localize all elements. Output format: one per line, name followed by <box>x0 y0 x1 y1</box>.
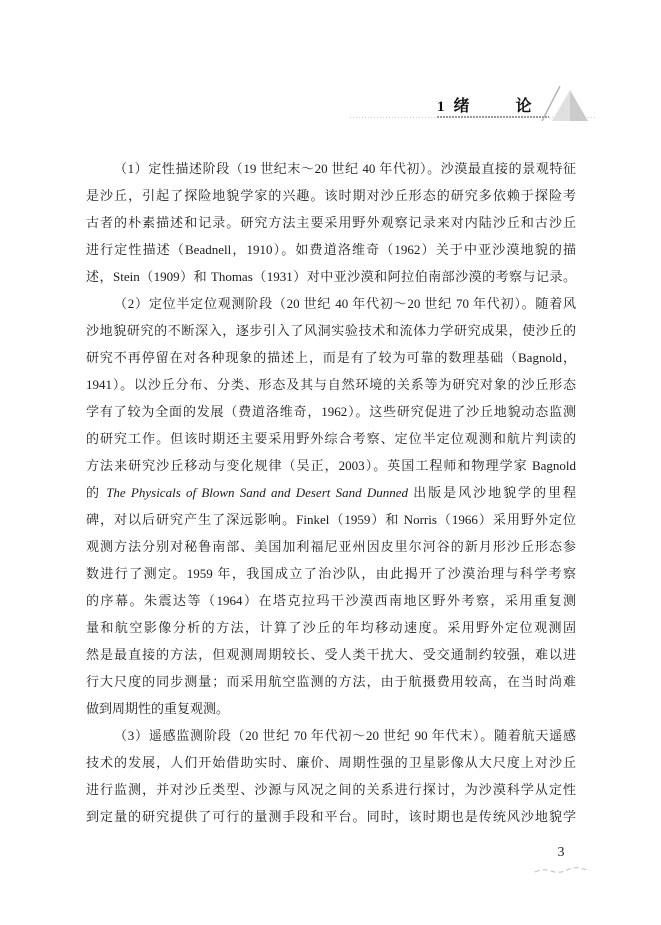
text-line: 技术的发展，人们开始借助实时、廉价、周期性强的卫星影像从大尺度上对沙丘 <box>86 749 576 776</box>
chapter-number: 1 <box>437 99 445 116</box>
paragraph: （2）定位半定位观测阶段（20 世纪 40 年代初～20 世纪 70 年代初）。… <box>86 290 576 722</box>
text-line: 的 The Physicals of Blown Sand and Desert… <box>86 479 576 506</box>
text-line: （1）定性描述阶段（19 世纪末～20 世纪 40 年代初）。沙漠最直接的景观特… <box>86 155 576 182</box>
text-line: 进行定性描述（Beadnell，1910）。如费道洛维奇（1962）关于中亚沙漠… <box>86 236 576 263</box>
triangle-logo-icon <box>541 84 591 122</box>
text-segment: 出版是风沙地貌学的里程 <box>408 485 576 500</box>
text-line: 做到周期性的重复观测。 <box>86 695 576 722</box>
text-line: 观测方法分别对秘鲁南部、美国加利福尼亚州因皮里尔河谷的新月形沙丘形态参 <box>86 533 576 560</box>
logo-triangle-left <box>552 90 570 121</box>
text-line: 数进行了测定。1959 年，我国成立了治沙队，由此揭开了沙漠治理与科学考察 <box>86 560 576 587</box>
text-line: 是沙丘，引起了探险地貌学家的兴趣。该时期对沙丘形态的研究多依赖于探险考 <box>86 182 576 209</box>
book-page: 1 绪 论 （1）定性描述阶段（19 世纪末～20 世纪 40 年代初）。沙漠最… <box>0 0 661 925</box>
body-text: （1）定性描述阶段（19 世纪末～20 世纪 40 年代初）。沙漠最直接的景观特… <box>86 155 576 830</box>
text-line: 的序幕。朱震达等（1964）在塔克拉玛干沙漠西南地区野外考察，采用重复测 <box>86 587 576 614</box>
text-line: （3）遥感监测阶段（20 世纪 70 年代初～20 世纪 90 年代末）。随着航… <box>86 722 576 749</box>
paragraph: （3）遥感监测阶段（20 世纪 70 年代初～20 世纪 90 年代末）。随着航… <box>86 722 576 830</box>
text-line: 1941）。以沙丘分布、分类、形态及其与自然环境的关系等为研究对象的沙丘形态 <box>86 371 576 398</box>
text-line: 然是最直接的方法，但观测周期较长、受人类干扰大、受交通制约较强，难以进 <box>86 641 576 668</box>
footer-flourish-icon <box>533 865 593 875</box>
text-line: （2）定位半定位观测阶段（20 世纪 40 年代初～20 世纪 70 年代初）。… <box>86 290 576 317</box>
text-line: 的研究工作。但该时期还主要采用野外综合考察、定位半定位观测和航片判读的 <box>86 425 576 452</box>
text-line: 到定量的研究提供了可行的量测手段和平台。同时，该时期也是传统风沙地貌学 <box>86 803 576 830</box>
header-rule-dotted-left <box>350 117 437 118</box>
chapter-title-char: 绪 <box>454 93 470 116</box>
text-line: 碑，对以后研究产生了深远影响。Finkel（1959）和 Norris（1966… <box>86 506 576 533</box>
text-line: 行大尺度的同步测量；而采用航空监测的方法，由于航摄费用较高，在当时尚难 <box>86 668 576 695</box>
text-line: 量和航空影像分析的方法，计算了沙丘的年均移动速度。采用野外定位观测固 <box>86 614 576 641</box>
paragraph: （1）定性描述阶段（19 世纪末～20 世纪 40 年代初）。沙漠最直接的景观特… <box>86 155 576 290</box>
header-rule <box>437 116 549 118</box>
text-line: 古者的朴素描述和记录。研究方法主要采用野外观察记录来对内陆沙丘和古沙丘 <box>86 209 576 236</box>
text-segment: 的 <box>86 485 106 500</box>
chapter-title-char: 论 <box>516 93 532 116</box>
text-line: 学有了较为全面的发展（费道洛维奇，1962）。这些研究促进了沙丘地貌动态监测 <box>86 398 576 425</box>
text-line: 述，Stein（1909）和 Thomas（1931）对中亚沙漠和阿拉伯南部沙漠… <box>86 263 576 290</box>
book-title: The Physicals of Blown Sand and Desert S… <box>106 485 408 500</box>
page-number: 3 <box>549 845 573 861</box>
chapter-heading: 1 绪 论 <box>437 93 532 116</box>
text-line: 研究不再停留在对各种现象的描述上，而是有了较为可靠的数理基础（Bagnold， <box>86 344 576 371</box>
text-line: 进行监测，并对沙丘类型、沙源与风况之间的关系进行探讨，为沙漠科学从定性 <box>86 776 576 803</box>
logo-triangle-right <box>570 90 588 121</box>
text-line: 方法来研究沙丘移动与变化规律（吴正，2003）。英国工程师和物理学家 Bagno… <box>86 452 576 479</box>
text-line: 沙地貌研究的不断深入，逐步引入了风洞实验技术和流体力学研究成果，使沙丘的 <box>86 317 576 344</box>
flourish-path <box>535 868 590 873</box>
